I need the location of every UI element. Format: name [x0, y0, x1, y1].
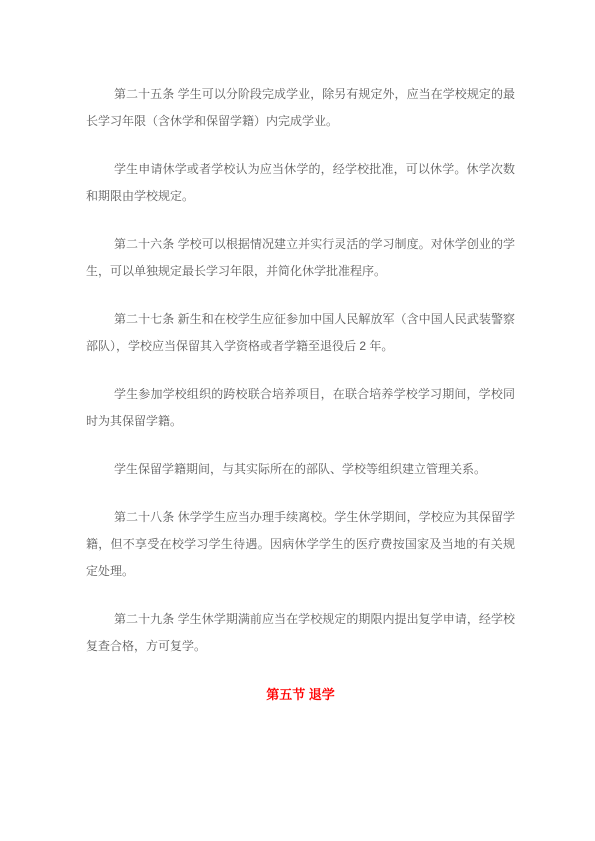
paragraph-article-27: 第二十七条 新生和在校学生应征参加中国人民解放军（含中国人民武装警察部队），学校… [86, 306, 515, 360]
paragraph-article-29: 第二十九条 学生休学期满前应当在学校规定的期限内提出复学申请，经学校复查合格，方… [86, 606, 515, 660]
paragraph-article-27-retained-status: 学生保留学籍期间，与其实际所在的部队、学校等组织建立管理关系。 [86, 456, 515, 483]
paragraph-article-26: 第二十六条 学校可以根据情况建立并实行灵活的学习制度。对休学创业的学生，可以单独… [86, 231, 515, 285]
paragraph-article-25: 第二十五条 学生可以分阶段完成学业，除另有规定外，应当在学校规定的最长学习年限（… [86, 81, 515, 135]
paragraph-article-28: 第二十八条 休学学生应当办理手续离校。学生休学期间，学校应为其保留学籍，但不享受… [86, 504, 515, 585]
section-heading-withdrawal: 第五节 退学 [86, 681, 515, 708]
paragraph-article-25-suspension: 学生申请休学或者学校认为应当休学的，经学校批准，可以休学。休学次数和期限由学校规… [86, 156, 515, 210]
document-page: 第二十五条 学生可以分阶段完成学业，除另有规定外，应当在学校规定的最长学习年限（… [0, 0, 595, 841]
paragraph-article-27-joint-program: 学生参加学校组织的跨校联合培养项目，在联合培养学校学习期间，学校同时为其保留学籍… [86, 381, 515, 435]
